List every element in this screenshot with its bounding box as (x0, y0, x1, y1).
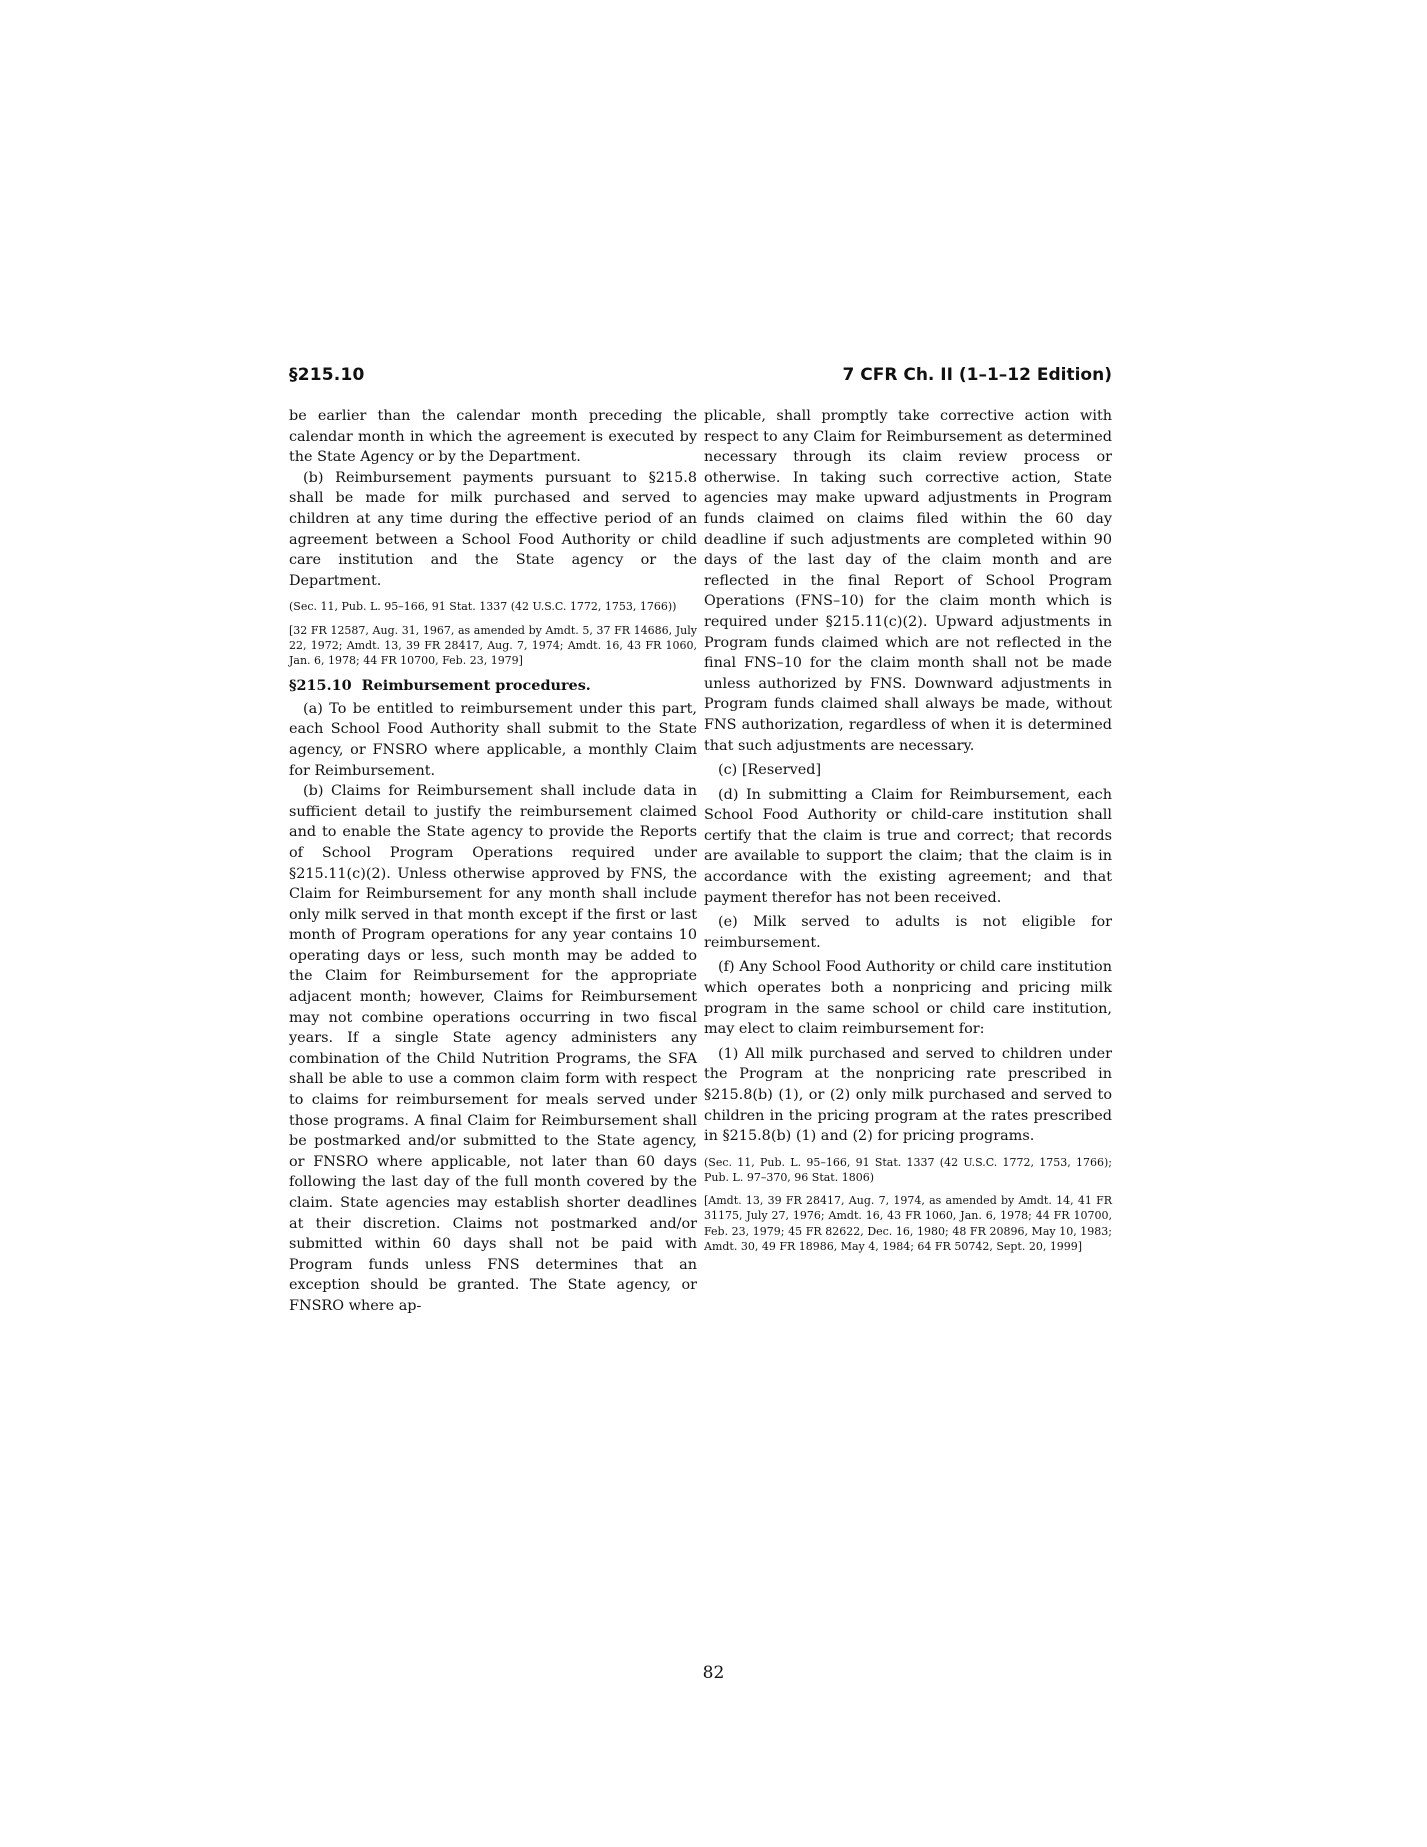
paragraph-c: (c) [Reserved] (704, 760, 1112, 781)
paragraph-f1: (1) All milk purchased and served to chi… (704, 1044, 1112, 1147)
paragraph-b: (b) Claims for Reimbursement shall inclu… (289, 781, 697, 1316)
paragraph-e: (e) Milk served to adults is not eligibl… (704, 912, 1112, 953)
authority-citation-previous: (Sec. 11, Pub. L. 95–166, 91 Stat. 1337 … (289, 599, 697, 614)
left-column: be earlier than the calendar month prece… (289, 406, 697, 1317)
paragraph-d: (d) In submitting a Claim for Reimbursem… (704, 785, 1112, 909)
authority-citation: (Sec. 11, Pub. L. 95–166, 91 Stat. 1337 … (704, 1155, 1112, 1185)
section-heading: §215.10Reimbursement procedures. (289, 676, 697, 697)
running-header: §215.10 7 CFR Ch. II (1–1–12 Edition) (289, 365, 1112, 393)
paragraph-a: (a) To be entitled to reimbursement unde… (289, 699, 697, 781)
section-heading-number: §215.10 (289, 677, 352, 694)
document-page: §215.10 7 CFR Ch. II (1–1–12 Edition) be… (0, 0, 1427, 1847)
page-number: 82 (0, 1663, 1427, 1683)
source-citation-previous: [32 FR 12587, Aug. 31, 1967, as amended … (289, 623, 697, 669)
section-heading-title: Reimbursement procedures. (362, 677, 591, 694)
header-section-number: §215.10 (289, 365, 365, 385)
continuation-paragraph: be earlier than the calendar month prece… (289, 406, 697, 468)
paragraph-b-previous: (b) Reimbursement payments pursuant to §… (289, 468, 697, 592)
paragraph-f: (f) Any School Food Authority or child c… (704, 957, 1112, 1039)
right-column: plicable, shall promptly take corrective… (704, 406, 1112, 1262)
source-citation: [Amdt. 13, 39 FR 28417, Aug. 7, 1974, as… (704, 1193, 1112, 1254)
paragraph-b-continued: plicable, shall promptly take corrective… (704, 406, 1112, 756)
header-title: 7 CFR Ch. II (1–1–12 Edition) (843, 365, 1113, 385)
